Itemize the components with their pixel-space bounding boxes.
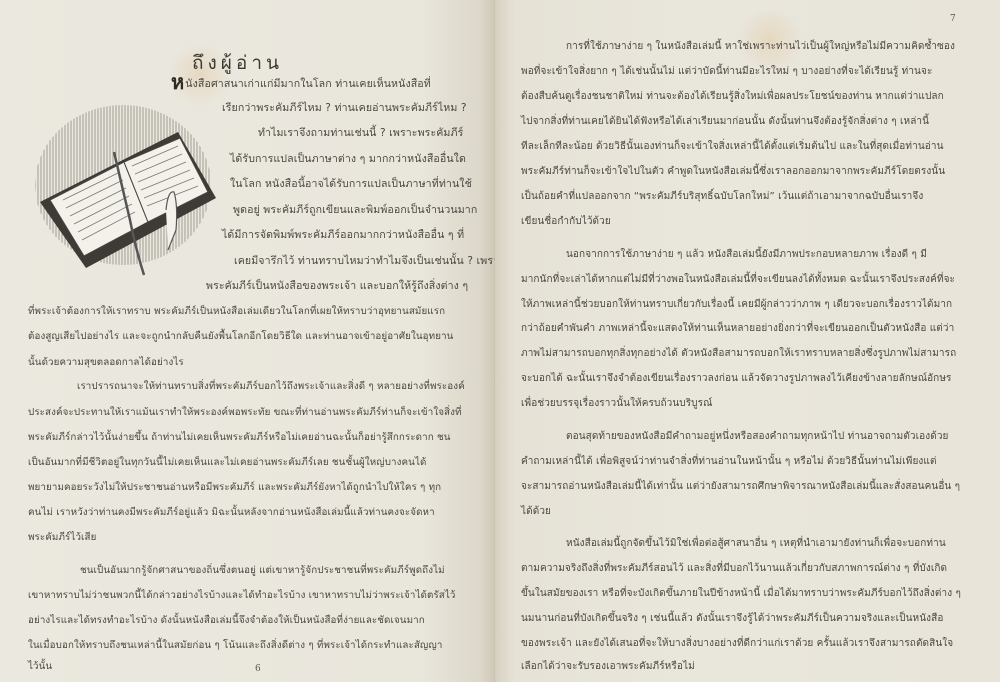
text-line: ชนเป็นอันมากรู้จักศาสนาของถิ่นซึ่งตนอยู่… — [80, 564, 445, 578]
drop-cap: ห — [171, 70, 184, 94]
book-spread: ถึงผู้อ่าน หนังสือศาสนาเก่าแก่ม — [0, 0, 1000, 682]
text-line: คนไม่ เราหวังว่าท่านคงมีพระคัมภีร์อยู่แล… — [28, 506, 435, 520]
text-line: การที่ใช้ภาษาง่าย ๆ ในหนังสือเล่มนี้ หาใ… — [566, 40, 955, 54]
text-line: พระคัมภีร์ไว้เสีย — [28, 531, 96, 545]
text-line: ในโลก หนังสือนี้อาจได้รับการแปลเป็นภาษาท… — [230, 177, 472, 191]
text-line: กว่าถ้อยคำพันคำ ภาพเหล่านี้จะแสดงให้ท่าน… — [521, 322, 954, 336]
text-line: ต้องสืบค้นดูเรื่องชนชาติใหม่ ท่านจะต้องไ… — [521, 90, 944, 104]
right-page: 7 การที่ใช้ภาษาง่าย ๆ ในหนังสือเล่มนี้ ห… — [495, 0, 1000, 682]
text-line: ได้มีการจัดพิมพ์พระคัมภีร์ออกมากกว่าหนัง… — [222, 228, 464, 242]
text-line: มากนักที่จะเล่าได้หากแต่ไม่มีที่ว่างพอใน… — [521, 273, 955, 287]
text-line: ให้ภาพเหล่านี้ช่วยบอกให้ท่านทราบเกี่ยวกั… — [521, 298, 952, 312]
text-line: นั้นด้วยความสุขตลอดกาลได้อย่างไร — [28, 356, 184, 370]
text-line: เพื่อช่วยบรรจุเรื่องราวนั้นให้ครบถ้วนบริ… — [521, 397, 712, 411]
text-line: พูดอยู่ พระคัมภีร์ถูกเขียนและพิมพ์ออกเป็… — [233, 203, 477, 217]
text-line: คำถามเหล่านี้ได้ เพื่อพิสูจน์ว่าท่านจำสิ… — [521, 455, 937, 469]
text-line: หนังสือเล่มนี้ถูกจัดขึ้นไว้มิใช่เพื่อต่อ… — [566, 537, 946, 551]
text-line: ของพระเจ้า และยังได้เสนอที่จะให้บางสิ่งบ… — [521, 637, 953, 651]
text-line: ไปจากสิ่งที่ท่านเคยได้ยินได้ฟังหรือได้เล… — [521, 115, 929, 129]
chapter-title: ถึงผู้อ่าน — [192, 48, 283, 78]
open-bible-illustration — [28, 90, 218, 280]
text-line: อย่างไรและได้ทรงทำอะไรบ้าง ดังนั้นหนังสื… — [28, 614, 425, 628]
text-line: พยายามคอยระวังไม่ให้ประชาชนอ่านหรือมีพระ… — [28, 481, 441, 495]
text-line: ในเมื่อบอกให้ทราบถึงชนเหล่านี้ในสมัยก่อน… — [28, 639, 442, 653]
text-line: เป็นอันมากที่มีชีวิตอยู่ในทุกวันนี้ไม่เค… — [28, 456, 426, 470]
text-line: เคยมีจารึกไว้ ท่านทราบไหมว่าทำไมจึงเป็นเ… — [234, 254, 505, 268]
text-line: เขาหาทราบไม่ว่าชนพวกนี้ได้กล่าวอย่างไรบ้… — [28, 589, 456, 603]
page-number: 6 — [255, 664, 261, 674]
text-line: พระคัมภีร์กล่าวไว้นั้นง่ายขึ้น ถ้าท่านไม… — [28, 431, 451, 445]
text-line: เรียกว่าพระคัมภีร์ไหม ? ท่านเคยอ่านพระคั… — [222, 101, 467, 115]
text-line: ได้รับการแปลเป็นภาษาต่าง ๆ มากกว่าหนังสื… — [230, 152, 466, 166]
page-number: 7 — [950, 14, 956, 24]
text-line: ภาพไม่สามารถบอกทุกสิ่งทุกอย่างได้ ตัวหนั… — [521, 347, 956, 361]
text-line: เลือกได้ว่าจะรับรองเอาพระคัมภีร์หรือไม่ — [521, 660, 695, 674]
text-line: พระคัมภีร์ท่านก็จะเข้าใจไปในตัว คำพูดในห… — [521, 165, 945, 179]
text-line: ทีละเล็กทีละน้อย ด้วยวิธีนั้นเองท่านก็จะ… — [521, 140, 944, 154]
text-line: ตามความจริงถึงสิ่งที่พระคัมภีร์สอนไว้ แล… — [521, 562, 947, 576]
text-line: เขียนชื่อกำกับไว้ด้วย — [521, 215, 611, 229]
text-line: ขึ้นในสมัยของเรา หรือที่จะบังเกิดขึ้นภาย… — [521, 587, 961, 601]
text-line: เป็นถ้อยคำที่แปลออกจาก “พระคัมภีร์บริสุท… — [521, 190, 923, 204]
text-line: ต้องสูญเสียไปอย่างไร และจะถูกนำกลับคืนยั… — [28, 330, 453, 344]
text-line: ที่พระเจ้าต้องการให้เราทราบ พระคัมภีร์เป… — [28, 305, 445, 319]
text-line: เราปรารถนาจะให้ท่านทราบสิ่งที่พระคัมภีร์… — [77, 380, 465, 394]
text-line: พระคัมภีร์เป็นหนังสือของพระเจ้า และบอกให… — [206, 279, 468, 293]
text-line: จะสามารถอ่านหนังสือเล่มนี้ได้เท่านั้น แต… — [521, 480, 960, 494]
text-line: ทำไมเราจึงถามท่านเช่นนี้ ? เพราะพระคัมภี… — [258, 126, 463, 140]
text-line: หนังสือศาสนาเก่าแก่มีมากในโลก ท่านเคยเห็… — [171, 75, 431, 91]
text-line: พอที่จะเข้าใจสิ่งยาก ๆ ได้เช่นนั้นไม่ แต… — [521, 65, 932, 79]
text-line: ตอนสุดท้ายของหนังสือมีคำถามอยู่หนึ่งหรือ… — [566, 430, 949, 444]
text-line: ไว้นั้น — [28, 660, 52, 674]
text-line: นมนานก่อนที่บังเกิดขึ้นจริง ๆ เช่นนี้แล้… — [521, 612, 943, 626]
text-line: ได้ด้วย — [521, 505, 551, 519]
text-line: นอกจากการใช้ภาษาง่าย ๆ แล้ว หนังสือเล่มน… — [566, 248, 927, 262]
text-line: จะบอกได้ ฉะนั้นเราจึงจำต้องเขียนเรื่องรา… — [521, 372, 952, 386]
left-page: ถึงผู้อ่าน หนังสือศาสนาเก่าแก่ม — [0, 0, 495, 682]
text-line: ประสงค์จะประทานให้เราแม้นเราทำให้พระองค์… — [28, 406, 462, 420]
